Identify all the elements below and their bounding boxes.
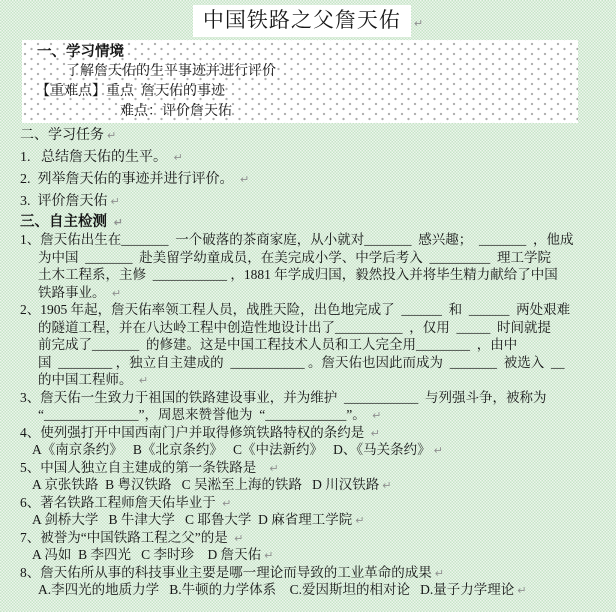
question-line: 的中国工程师。 ↵	[20, 371, 614, 389]
document-body: 二、学习任务↵ 1. 总结詹天佑的生平。 ↵ 2. 列举詹天佑的事迹并进行评价。…	[20, 125, 614, 599]
document-title-row: 中国铁路之父詹天佑↵	[0, 5, 616, 37]
paragraph-mark-icon: ↵	[355, 514, 364, 527]
paragraph-mark-icon: ↵	[222, 497, 231, 510]
section-heading-tasks: 二、学习任务↵	[20, 125, 614, 147]
question-options-line: A.李四光的地质力学 B.牛顿的力学体系 C.爱因斯坦的相对论 D.量子力学理论…	[20, 581, 614, 599]
paragraph-mark-icon: ↵	[174, 151, 183, 164]
task-item: 3. 评价詹天佑↵	[20, 191, 614, 213]
paragraph-mark-icon: ↵	[264, 549, 273, 562]
paragraph-mark-icon: ↵	[112, 287, 121, 300]
document-page: 中国铁路之父詹天佑↵ 一、学习情境 了解詹天佑的生平事迹并进行评价 【重难点】重…	[0, 0, 616, 612]
paragraph-mark-icon: ↵	[382, 479, 391, 492]
paragraph-mark-icon: ↵	[107, 129, 116, 142]
paragraph-mark-icon: ↵	[114, 216, 123, 229]
question-line: 5、中国人独立自主建成的第一条铁路是 ↵	[20, 459, 614, 477]
task-item: 1. 总结詹天佑的生平。 ↵	[20, 147, 614, 169]
question-line: 6、著名铁路工程师詹天佑毕业于 ↵	[20, 494, 614, 512]
question-line: 7、被誉为“中国铁路工程之父”的是 ↵	[20, 529, 614, 547]
question-line: 1、詹天佑出生在_______ 一个破落的茶商家庭，从小就对_______ 感兴…	[20, 231, 614, 249]
question-options-line: A 京张铁路 B 粤汉铁路 C 吴淞至上海的铁路 D 川汉铁路↵	[20, 476, 614, 494]
paragraph-mark-icon: ↵	[240, 173, 249, 186]
question-line: 3、詹天佑一生致力于祖国的铁路建设事业，并为维护 ___________ 与列强…	[20, 389, 614, 407]
difficulty-line: 难点：评价詹天佑	[22, 102, 578, 122]
section-heading-self-test: 三、自主检测 ↵	[20, 213, 614, 231]
learning-context-box: 一、学习情境 了解詹天佑的生平事迹并进行评价 【重难点】重点 詹天佑的事迹 难点…	[22, 40, 578, 123]
task-item: 2. 列举詹天佑的事迹并进行评价。 ↵	[20, 169, 614, 191]
paragraph-mark-icon: ↵	[414, 17, 423, 30]
paragraph-mark-icon: ↵	[434, 444, 443, 457]
question-options-line: A 冯如 B 李四光 C 李时珍 D 詹天佑↵	[20, 546, 614, 564]
question-line: 8、詹天佑所从事的科技事业主要是哪一理论而导致的工业革命的成果↵	[20, 564, 614, 582]
question-line: 的隧道工程，并在八达岭工程中创造性地设计出了__________ ，仅用 ___…	[20, 319, 614, 337]
paragraph-mark-icon: ↵	[234, 532, 243, 545]
question-line: 土木工程系，主修 ___________ ，1881 年学成归国，毅然投入并将毕…	[20, 266, 614, 284]
paragraph-mark-icon: ↵	[269, 462, 278, 475]
learning-context-description: 了解詹天佑的生平事迹并进行评价	[22, 62, 578, 82]
paragraph-mark-icon: ↵	[435, 567, 444, 580]
question-line: 2、1905 年起，詹天佑率领工程人员，战胜天险，出色地完成了 ______ 和…	[20, 301, 614, 319]
page-title: 中国铁路之父詹天佑	[193, 5, 411, 37]
paragraph-mark-icon: ↵	[371, 427, 380, 440]
question-line: 铁路事业。 ↵	[20, 284, 614, 302]
paragraph-mark-icon: ↵	[372, 409, 381, 422]
question-options-line: A《南京条约》 B《北京条约》 C《中法新约》 D、《马关条约》↵	[20, 441, 614, 459]
key-point-line: 【重难点】重点 詹天佑的事迹	[22, 82, 578, 102]
section-heading-learning-context: 一、学习情境	[22, 42, 578, 62]
question-line: 为中国 _______ 赴美留学幼童成员，在美完成小学、中学后考入 ______…	[20, 249, 614, 267]
paragraph-mark-icon: ↵	[111, 195, 120, 208]
paragraph-mark-icon: ↵	[139, 374, 148, 387]
question-line: 前完成了_______ 的修建。这是中国工程技术人员和工人完全用________…	[20, 336, 614, 354]
question-line: “______________”，周恩来赞誉他为 “____________”。…	[20, 406, 614, 424]
paragraph-mark-icon: ↵	[517, 584, 526, 597]
question-line: 国 ________ ，独立自主建成的 ___________ 。詹天佑也因此而…	[20, 354, 614, 372]
question-options-line: A 剑桥大学 B 牛津大学 C 耶鲁大学 D 麻省理工学院↵	[20, 511, 614, 529]
question-line: 4、使列强打开中国西南门户并取得修筑铁路特权的条约是 ↵	[20, 424, 614, 442]
